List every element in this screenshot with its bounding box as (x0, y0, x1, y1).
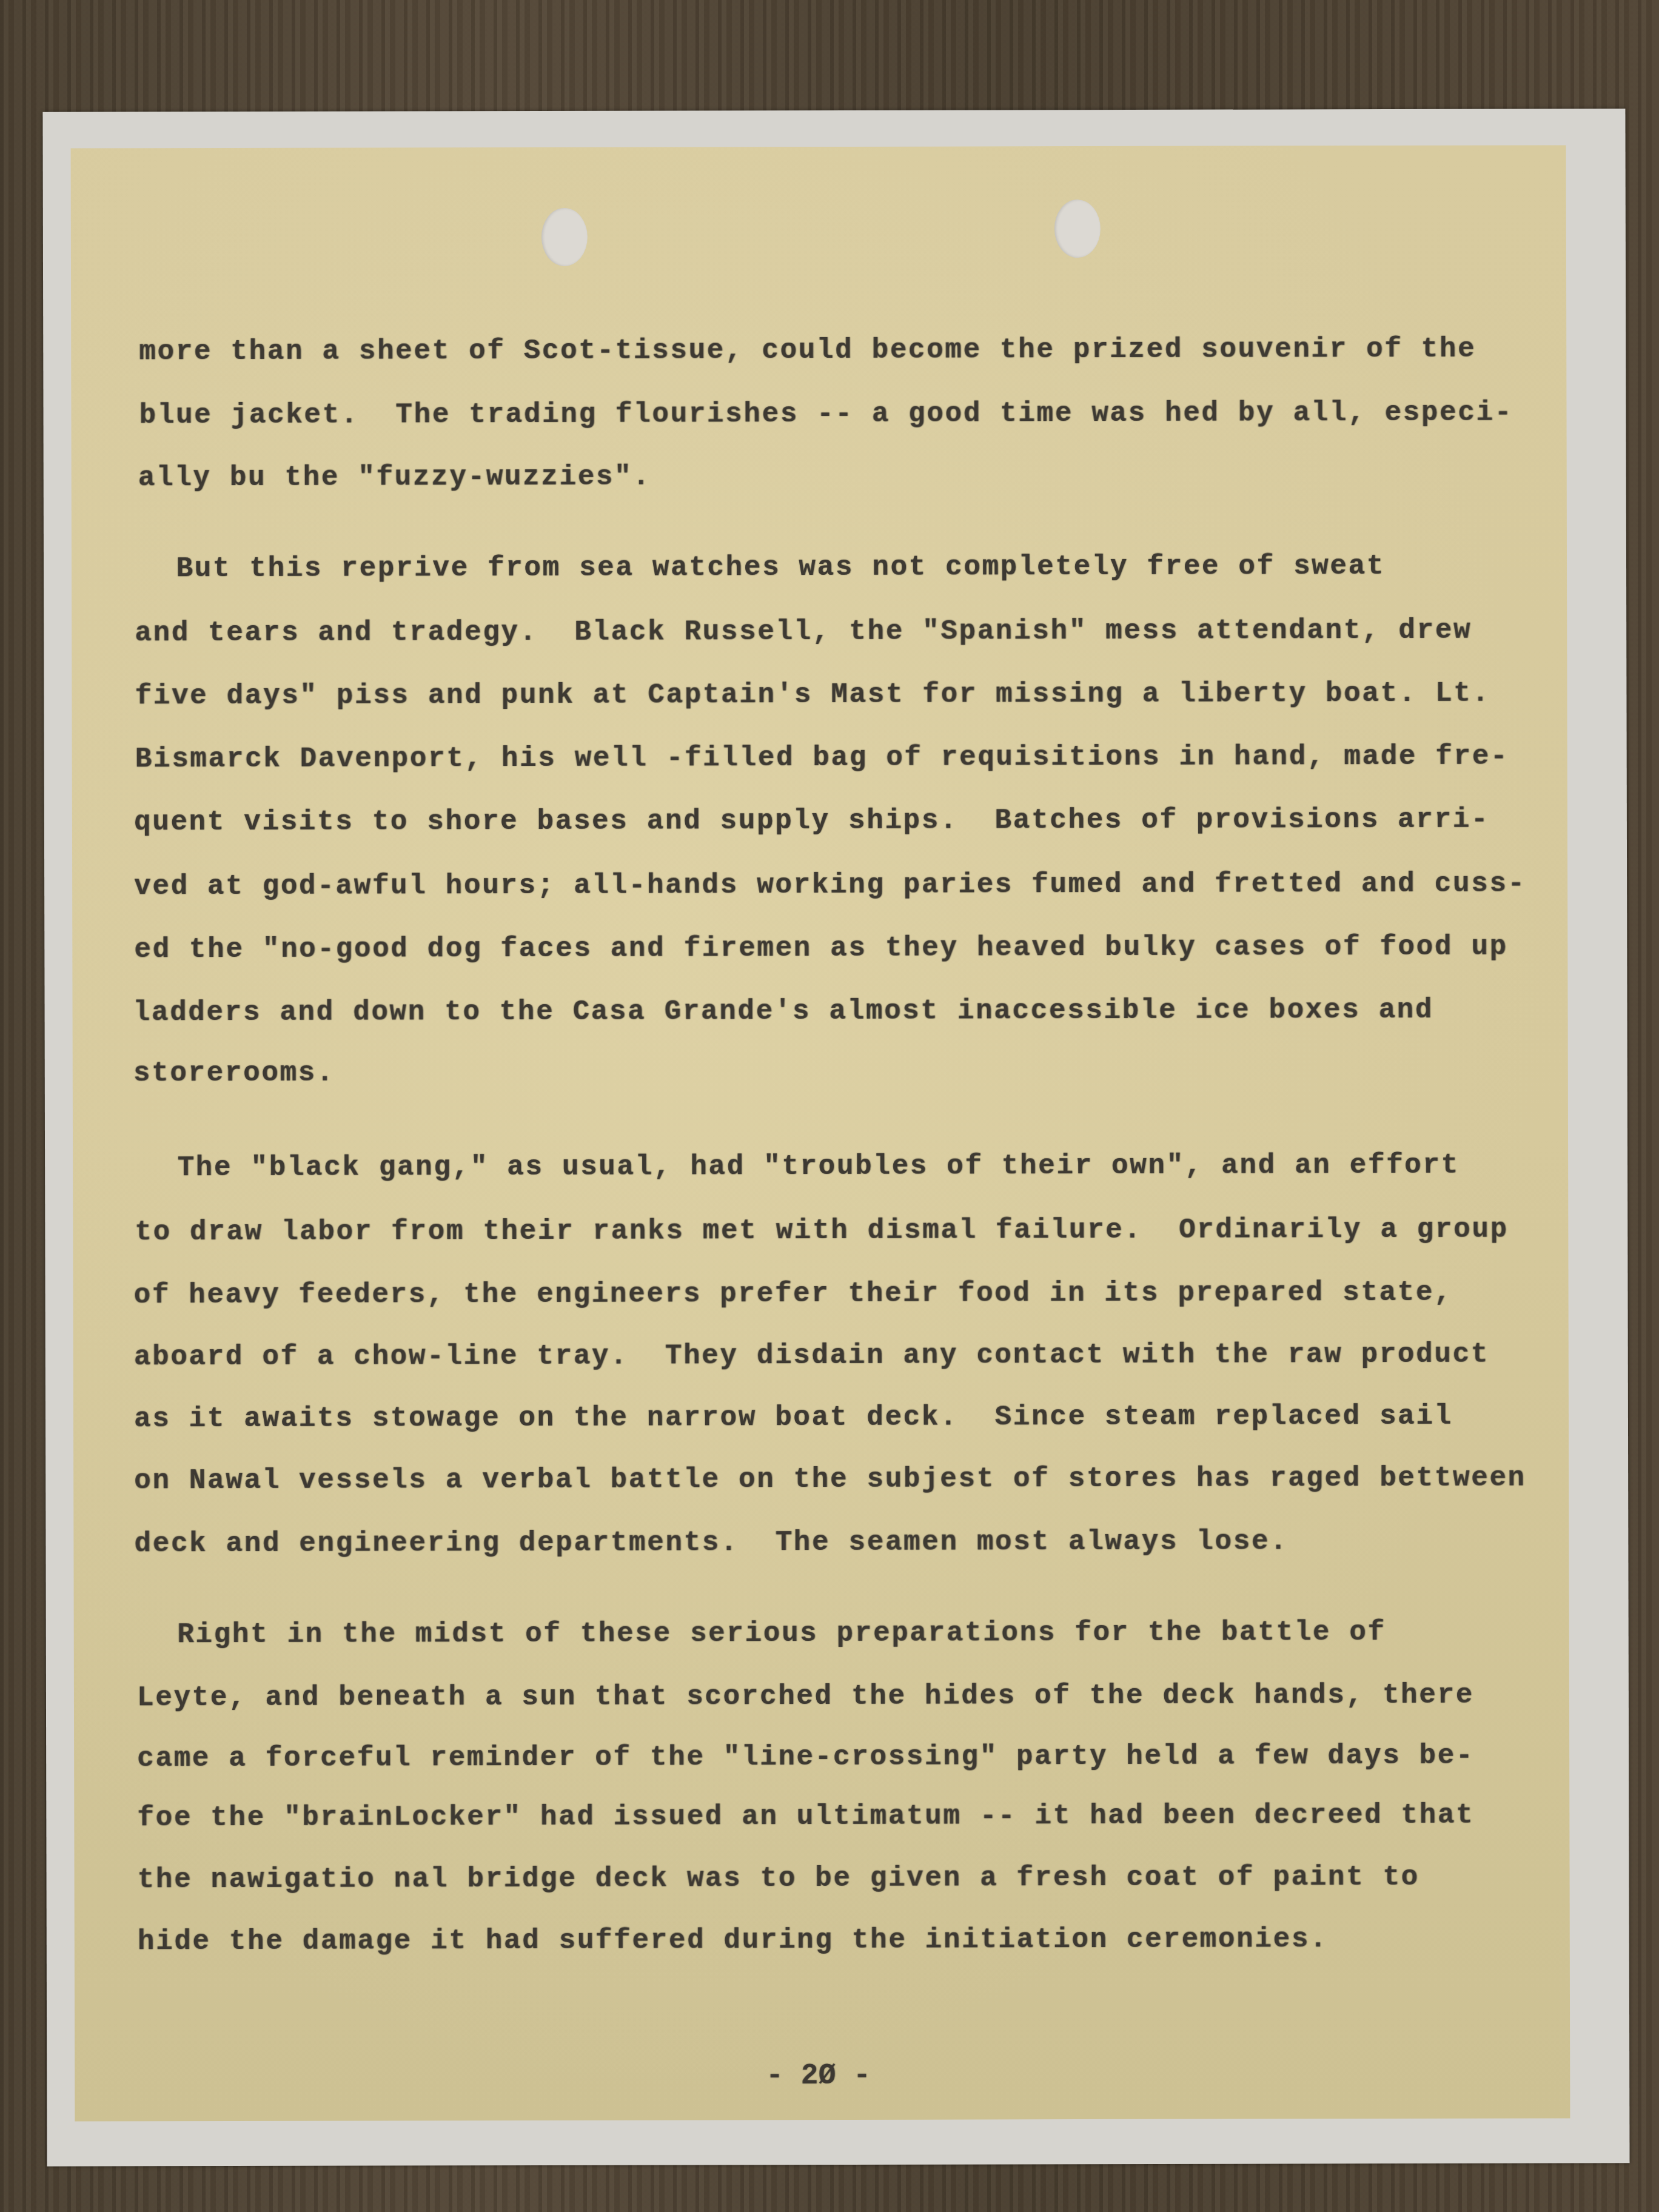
punch-hole-right (1054, 199, 1101, 258)
text-line: quent visits to shore bases and supply s… (134, 804, 1489, 839)
text-line: ladders and down to the Casa Grande's al… (133, 994, 1434, 1028)
text-line: The "black gang," as usual, had "trouble… (141, 1150, 1460, 1184)
text-line: and tears and tradegy. Black Russell, th… (135, 615, 1472, 649)
text-line: hide the damage it had suffered during t… (138, 1923, 1328, 1957)
typewritten-page: more than a sheet of Scot-tissue, could … (71, 145, 1570, 2121)
text-line: Bismarck Davenport, his well -filled bag… (135, 741, 1509, 776)
text-line: But this reprive from sea watches was no… (139, 551, 1385, 585)
text-line: ed the "no-good dog faces and firemen as… (134, 931, 1507, 966)
text-line: came a forceful reminder of the "line-cr… (137, 1740, 1474, 1775)
text-line: aboard of a chow-line tray. They disdain… (134, 1339, 1489, 1373)
text-line: to draw labor from their ranks met with … (135, 1214, 1508, 1248)
text-line: storerooms. (133, 1057, 335, 1090)
text-line: Leyte, and beneath a sun that scorched t… (137, 1680, 1474, 1714)
text-line: of heavy feeders, the engineers prefer t… (134, 1277, 1453, 1312)
text-line: deck and engineering departments. The se… (134, 1526, 1288, 1560)
punch-hole-left (541, 208, 588, 266)
text-line: the nawigatio nal bridge deck was to be … (138, 1862, 1419, 1895)
text-line: ved at god-awful hours; all-hands workin… (134, 868, 1526, 903)
text-line: five days" piss and punk at Captain's Ma… (135, 678, 1490, 712)
text-line: as it awaits stowage on the narrow boat … (134, 1401, 1453, 1435)
text-line: more than a sheet of Scot-tissue, could … (139, 333, 1476, 368)
text-line: ally bu the "fuzzy-wuzzies". (138, 461, 651, 494)
page-number: - 2Ø - (766, 2060, 871, 2093)
text-line: foe the "brainLocker" had issued an ulti… (137, 1800, 1474, 1834)
text-line: Right in the midst of these serious prep… (141, 1617, 1386, 1651)
text-line: blue jacket. The trading flourishes -- a… (139, 397, 1512, 432)
text-line: on Nawal vessels a verbal battle on the … (134, 1463, 1526, 1497)
